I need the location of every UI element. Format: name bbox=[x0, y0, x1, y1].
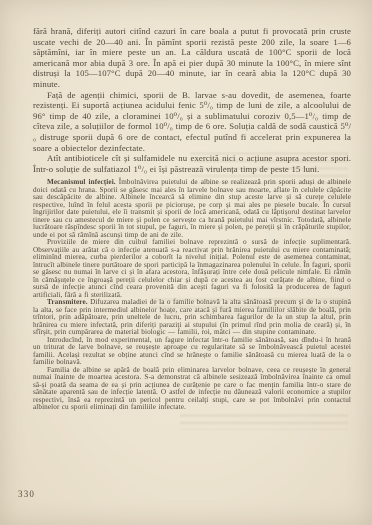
paragraph-text: Proviziile de miere din cuibul familiei … bbox=[33, 238, 351, 299]
paragraph-infection-mechanism: Mecanismul infecției. Îmbolnăvirea puiet… bbox=[33, 179, 351, 239]
ink-bleedthrough-smudge bbox=[180, 414, 348, 430]
paragraph-text: Față de agenții chimici, sporii de B. la… bbox=[33, 90, 351, 153]
paragraph-text: Îmbolnăvirea puietului de albine se real… bbox=[33, 178, 351, 239]
page-number: 330 bbox=[18, 489, 35, 499]
paragraph-honey-reserves: Proviziile de miere din cuibul familiei … bbox=[33, 239, 351, 299]
paragraph-colony-defense: Familia de albine se apără de boală prin… bbox=[33, 367, 351, 412]
text-block: fără hrană, diferiți autori citînd cazur… bbox=[33, 26, 351, 412]
paragraph-antibiotics: Atît antibioticele cît și sulfamidele nu… bbox=[33, 153, 351, 174]
paragraph-text: fără hrană, diferiți autori citînd cazur… bbox=[33, 26, 351, 89]
paragraph-text: Familia de albine se apără de boală prin… bbox=[33, 366, 351, 412]
paragraph-chemical-agents: Față de agenții chimici, sporii de B. la… bbox=[33, 90, 351, 154]
paragraph-text: Atît antibioticele cît și sulfamidele nu… bbox=[33, 153, 351, 174]
scanned-book-page: fără hrană, diferiți autori citînd cazur… bbox=[0, 0, 372, 525]
paragraph-experimental-infection: Introducînd, în mod experimental, un fag… bbox=[33, 337, 351, 367]
paragraph-spore-resistance: fără hrană, diferiți autori citînd cazur… bbox=[33, 26, 351, 90]
paragraph-text: Introducînd, în mod experimental, un fag… bbox=[33, 336, 351, 367]
paragraph-transmission: Transmitere. Difuzarea maladiei de la o … bbox=[33, 299, 351, 337]
